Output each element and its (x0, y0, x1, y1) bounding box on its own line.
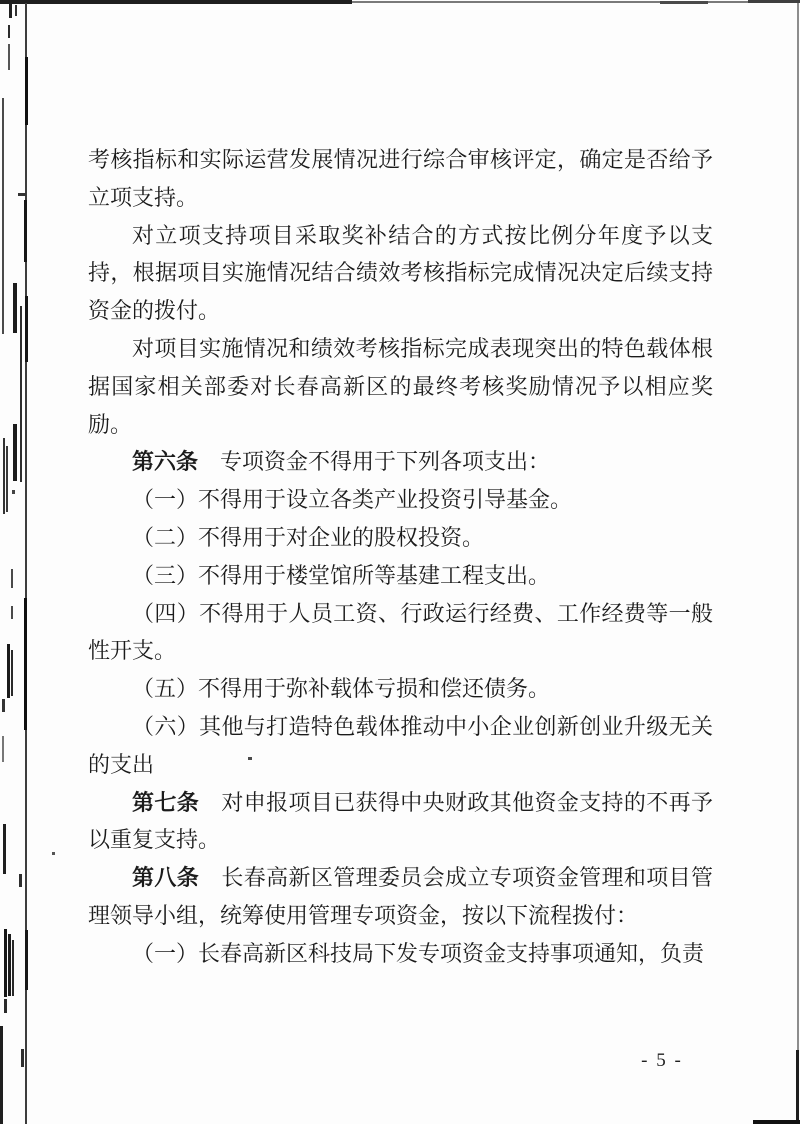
scan-artifact (4, 999, 7, 1013)
scan-artifact (2, 736, 4, 762)
paragraph-article-6: 第六条 专项资金不得用于下列各项支出： (88, 443, 713, 481)
document-body: 考核指标和实际运营发展情况进行综合审核评定，确定是否给予立项支持。 对立项支持项… (88, 141, 713, 973)
scan-artifact (11, 569, 13, 588)
scan-artifact (6, 446, 8, 512)
scan-artifact (24, 598, 27, 730)
clause-text: 专项资金不得用于下列各项支出： (198, 449, 550, 474)
scan-artifact (3, 438, 5, 514)
paragraph-item-3: （三）不得用于楼堂馆所等基建工程支出。 (88, 557, 713, 595)
scan-artifact (20, 306, 22, 482)
scan-artifact (25, 57, 28, 125)
paragraph-article-8: 第八条 长春高新区管理委员会成立专项资金管理和项目管理领导小组，统筹使用管理专项… (88, 859, 713, 935)
paragraph-item-5: （五）不得用于弥补载体亏损和偿还债务。 (88, 670, 713, 708)
scan-artifact (753, 1120, 800, 1124)
scan-artifact (748, 0, 800, 3)
clause-number: 第七条 (132, 790, 199, 815)
scan-artifact (796, 1050, 799, 1124)
clause-number: 第八条 (132, 865, 199, 890)
scan-artifact (8, 44, 10, 70)
paragraph: 考核指标和实际运营发展情况进行综合审核评定，确定是否给予立项支持。 (88, 141, 713, 217)
paragraph: 对项目实施情况和绩效考核指标完成表现突出的特色载体根据国家相关部委对长春高新区的… (88, 330, 713, 443)
scan-artifact (7, 644, 10, 698)
scan-artifact (2, 699, 5, 712)
scan-artifact (13, 283, 17, 333)
paragraph-item-1-process: （一）长春高新区科技局下发专项资金支持事项通知，负责 (88, 935, 713, 973)
paragraph-item-2: （二）不得用于对企业的股权投资。 (88, 519, 713, 557)
scan-artifact (13, 424, 17, 481)
scan-artifact (797, 3, 799, 1050)
paragraph-item-6: （六）其他与打造特色载体推动中小企业创新创业升级无关的支出 (88, 708, 713, 784)
paragraph-item-4: （四）不得用于人员工资、行政运行经费、工作经费等一般性开支。 (88, 595, 713, 671)
clause-number: 第六条 (132, 449, 198, 474)
scan-artifact (9, 3, 12, 18)
paragraph-article-7: 第七条 对申报项目已获得中央财政其他资金支持的不再予以重复支持。 (88, 784, 713, 860)
scan-artifact (0, 1026, 3, 1124)
scan-artifact (11, 606, 13, 619)
scan-artifact (660, 1, 708, 4)
paragraph: 对立项支持项目采取奖补结合的方式按比例分年度予以支持，根据项目实施情况结合绩效考… (88, 217, 713, 330)
scan-artifact (15, 5, 17, 16)
scan-artifact (4, 929, 7, 997)
page-number: - 5 - (630, 1049, 694, 1073)
scan-artifact (12, 490, 15, 494)
scan-artifact (52, 852, 55, 855)
scan-artifact (11, 650, 13, 696)
scan-artifact (25, 296, 28, 362)
scan-artifact (8, 25, 10, 38)
scan-artifact (2, 98, 4, 334)
scan-artifact (25, 930, 28, 990)
scan-artifact (12, 940, 14, 996)
scan-artifact (21, 1049, 24, 1067)
scan-artifact (24, 200, 27, 262)
paragraph-item-1: （一）不得用于设立各类产业投资引导基金。 (88, 481, 713, 519)
scan-artifact (352, 1, 800, 3)
scan-artifact (8, 934, 11, 996)
scan-artifact (3, 824, 6, 874)
scanned-document-page: 考核指标和实际运营发展情况进行综合审核评定，确定是否给予立项支持。 对立项支持项… (0, 0, 800, 1124)
scan-artifact (0, 0, 352, 4)
scan-artifact (19, 874, 22, 887)
scan-artifact (18, 193, 26, 196)
